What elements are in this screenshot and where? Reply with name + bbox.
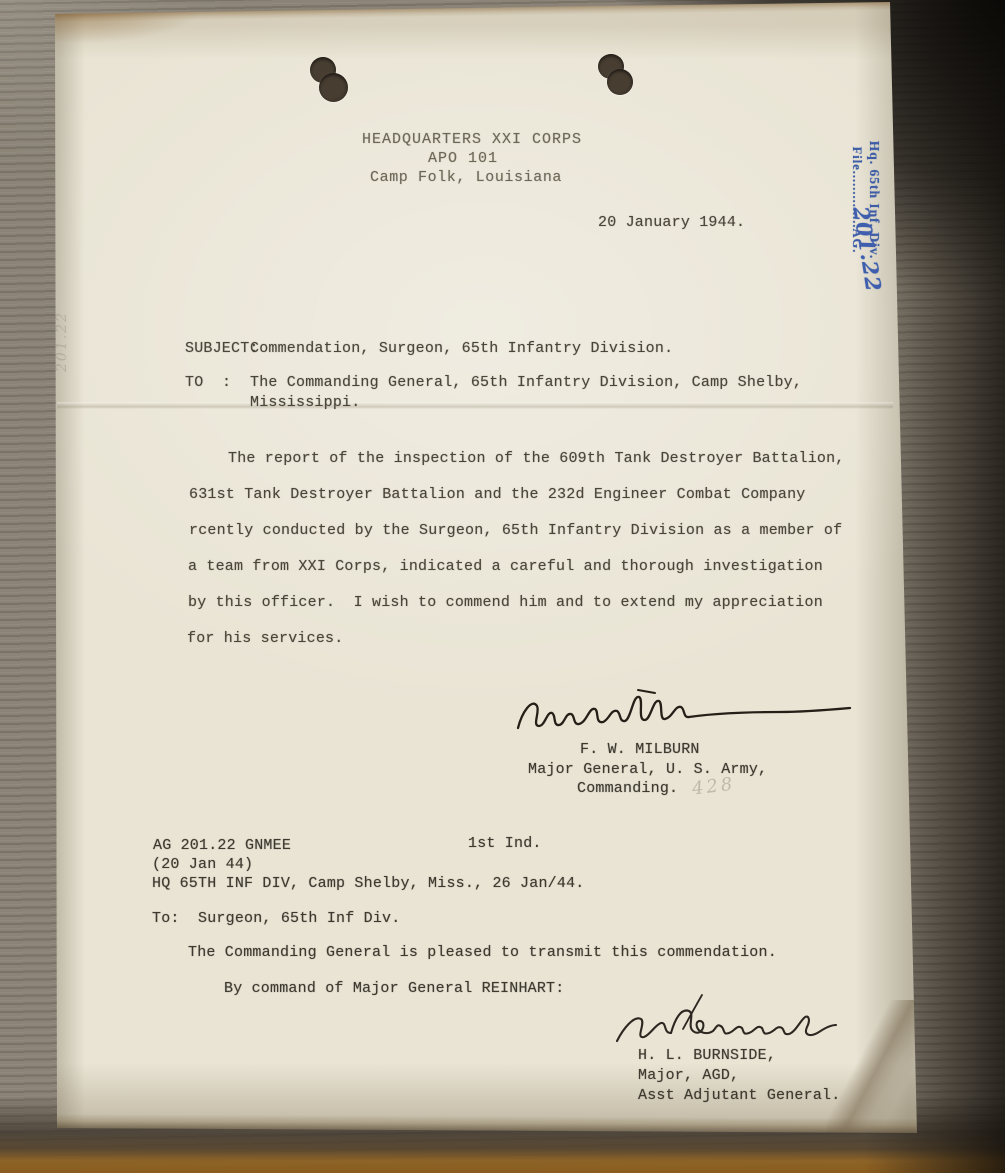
- to-colon: :: [222, 373, 231, 392]
- letter-paper: Hq. 65th Inf. Div. File..............AG.…: [0, 0, 1005, 1173]
- endorsement-ind: 1st Ind.: [468, 834, 542, 853]
- body-line-3: rcently conducted by the Surgeon, 65th I…: [189, 521, 842, 540]
- burnt-top-left-corner: [52, 8, 202, 44]
- to-value-line1: The Commanding General, 65th Infantry Di…: [250, 373, 802, 392]
- milburn-signature: [512, 688, 857, 740]
- letterhead-line2: APO 101: [428, 149, 498, 168]
- pencil-note-428: 428: [691, 773, 737, 799]
- body-line-1: The report of the inspection of the 609t…: [228, 449, 845, 468]
- endorsement-ref: AG 201.22 GNMEE: [153, 836, 291, 855]
- to-label: TO: [185, 373, 203, 392]
- body-line-2: 631st Tank Destroyer Battalion and the 2…: [189, 485, 806, 504]
- margin-pencil-note: 201.22: [54, 311, 70, 372]
- photograph-of-letter: Hq. 65th Inf. Div. File..............AG.…: [0, 0, 1005, 1173]
- letterhead-line1: HEADQUARTERS XXI CORPS: [362, 130, 582, 149]
- endorsement-para2: By command of Major General REINHART:: [224, 979, 564, 998]
- darkened-bottom-edge: [54, 1114, 920, 1135]
- endorsement-hq: HQ 65TH INF DIV, Camp Shelby, Miss., 26 …: [152, 874, 584, 893]
- letterhead-line3: Camp Folk, Louisiana: [370, 168, 562, 187]
- burnside-role: Asst Adjutant General.: [638, 1086, 840, 1105]
- to-value-line2: Mississippi.: [250, 393, 360, 412]
- body-line-6: for his services.: [187, 629, 343, 648]
- bottom-right-fold-shadow: [826, 1000, 922, 1136]
- punch-hole-right: [595, 53, 643, 101]
- burnside-title: Major, AGD,: [638, 1066, 739, 1085]
- milburn-role: Commanding.: [577, 779, 678, 798]
- letter-date: 20 January 1944.: [598, 213, 745, 232]
- milburn-name: F. W. MILBURN: [580, 740, 700, 759]
- endorsement-para1: The Commanding General is pleased to tra…: [188, 943, 777, 962]
- body-line-4: a team from XXI Corps, indicated a caref…: [188, 557, 823, 576]
- subject-label: SUBJECT:: [185, 339, 259, 358]
- endorsement-to: To: Surgeon, 65th Inf Div.: [152, 909, 400, 928]
- endorsement-date: (20 Jan 44): [152, 855, 253, 874]
- burnside-name: H. L. BURNSIDE,: [638, 1046, 776, 1065]
- file-stamp: Hq. 65th Inf. Div. File..............AG.…: [842, 98, 882, 302]
- horizontal-fold-crease: [57, 402, 893, 409]
- body-line-5: by this officer. I wish to commend him a…: [188, 593, 823, 612]
- punch-hole-left: [306, 55, 356, 107]
- subject-value: Commendation, Surgeon, 65th Infantry Div…: [250, 339, 673, 358]
